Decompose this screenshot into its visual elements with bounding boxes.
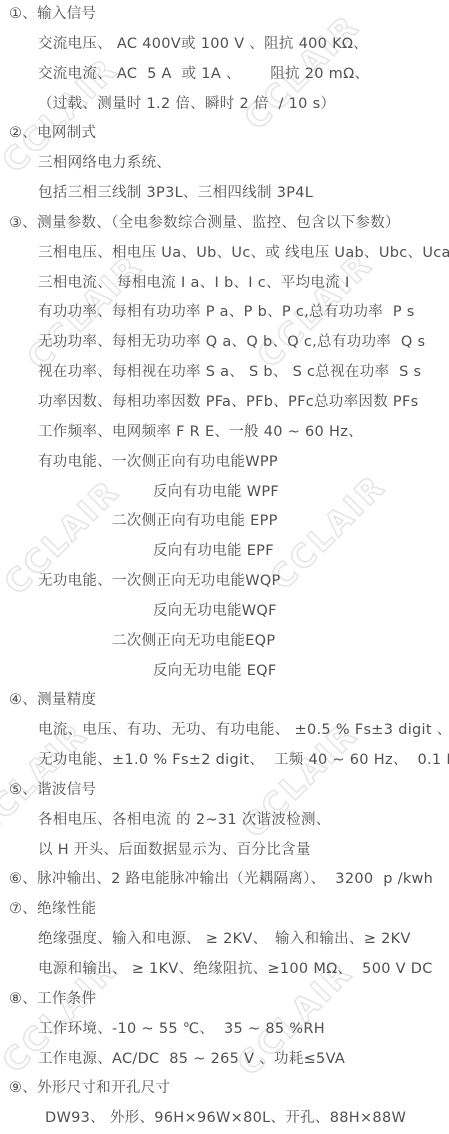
spec-line-work-power: 工作电源、AC/DC 85 ~ 265 V 、功耗≤5VA <box>0 1045 449 1075</box>
spec-line-accuracy-main: 电流、电压、有功、无功、有功电能、 ±0.5 % Fs±3 digit 、 <box>0 716 449 746</box>
spec-line-ac-voltage: 交流电压、 AC 400V或 100 V 、阻抗 400 KΩ、 <box>0 30 449 60</box>
spec-line-phase-voltage: 三相电压、相电压 Ua、Ub、Uc、或 线电压 Uab、Ubc、Uca <box>0 239 449 269</box>
spec-line-three-phase-system: 三相网络电力系统、 <box>0 149 449 179</box>
section-heading-pulse-output: ⑥、脉冲输出、2 路电能脉冲输出（光耦隔离）、 3200 p /kwh <box>0 865 449 895</box>
spec-line-active-power: 有功功率、每相有功功率 P a、P b、P c,总有功功率 P s <box>0 298 449 328</box>
spec-line-apparent-power: 视在功率、每相视在功率 S a、 S b、 S c总视在功率 S s <box>0 358 449 388</box>
spec-line-harmonic-display: 以 H 开头、后面数据显示为、百分比含量 <box>0 836 449 866</box>
spec-line-frequency: 工作频率、电网频率 F R E、一般 40 ~ 60 Hz、 <box>0 418 449 448</box>
section-heading-input-signal: ①、输入信号 <box>0 0 449 30</box>
spec-line-reactive-power: 无功功率、每相无功功率 Q a、Q b、Q c,总有功功率 Q s <box>0 328 449 358</box>
spec-line-active-energy-epp: 二次侧正向有功电能 EPP <box>0 507 449 537</box>
spec-line-reactive-energy-wqf: 反向无功电能WQF <box>0 597 449 627</box>
spec-line-insulation-impedance: 电源和输出、 ≥ 1KV、绝缘阻抗、≥100 MΩ、 500 V DC <box>0 955 449 985</box>
section-heading-dimensions: ⑨、外形尺寸和开孔尺寸 <box>0 1074 449 1104</box>
spec-document: CCLAIR CCLAIR CCLAIR CCLAIR CCLAIR CCLAI… <box>0 0 449 1134</box>
spec-line-ac-current: 交流电流、 AC 5 A 或 1A 、 阻抗 20 mΩ、 <box>0 60 449 90</box>
spec-line-power-factor: 功率因数、每相功率因数 PFa、PFb、PFc总功率因数 PFs <box>0 388 449 418</box>
spec-line-harmonic-detection: 各相电压、各相电流 的 2~31 次谐波检测、 <box>0 806 449 836</box>
spec-line-reactive-energy-eqf: 反向无功电能 EQF <box>0 657 449 687</box>
spec-line-wiring-modes: 包括三相三线制 3P3L、三相四线制 3P4L <box>0 179 449 209</box>
spec-line-active-energy-wpp: 有功电能、一次侧正向有功电能WPP <box>0 448 449 478</box>
section-heading-work-conditions: ⑧、工作条件 <box>0 985 449 1015</box>
spec-line-phase-current: 三相电流、 每相电流 I a、I b、I c、平均电流 I <box>0 269 449 299</box>
spec-line-work-environment: 工作环境、-10 ~ 55 ℃、 35 ~ 85 %RH <box>0 1015 449 1045</box>
spec-line-accuracy-reactive: 无功电能、±1.0 % Fs±2 digit、 工频 40 ~ 60 Hz、 0… <box>0 746 449 776</box>
section-heading-grid-type: ②、电网制式 <box>0 119 449 149</box>
section-heading-insulation: ⑦、绝缘性能 <box>0 895 449 925</box>
spec-line-reactive-energy-wqp: 无功电能、一次侧正向无功电能WQP <box>0 567 449 597</box>
spec-line-insulation-strength: 绝缘强度、输入和电源、 ≥ 2KV、 输入和输出、≥ 2KV <box>0 925 449 955</box>
spec-text: ①、输入信号 交流电压、 AC 400V或 100 V 、阻抗 400 KΩ、 … <box>0 0 449 1134</box>
section-heading-parameters: ③、测量参数、（全电参数综合测量、监控、包含以下参数） <box>0 209 449 239</box>
spec-line-overload: （过载、测量时 1.2 倍、瞬时 2 倍 / 10 s） <box>0 90 449 120</box>
spec-line-dimensions: DW93、 外形、96H×96W×80L、开孔、88H×88W <box>0 1104 449 1134</box>
section-heading-accuracy: ④、测量精度 <box>0 686 449 716</box>
spec-line-active-energy-wpf: 反向有功电能 WPF <box>0 478 449 508</box>
section-heading-harmonics: ⑤、谐波信号 <box>0 776 449 806</box>
spec-line-reactive-energy-eqp: 二次侧正向无功电能EQP <box>0 627 449 657</box>
spec-line-active-energy-epf: 反向有功电能 EPF <box>0 537 449 567</box>
